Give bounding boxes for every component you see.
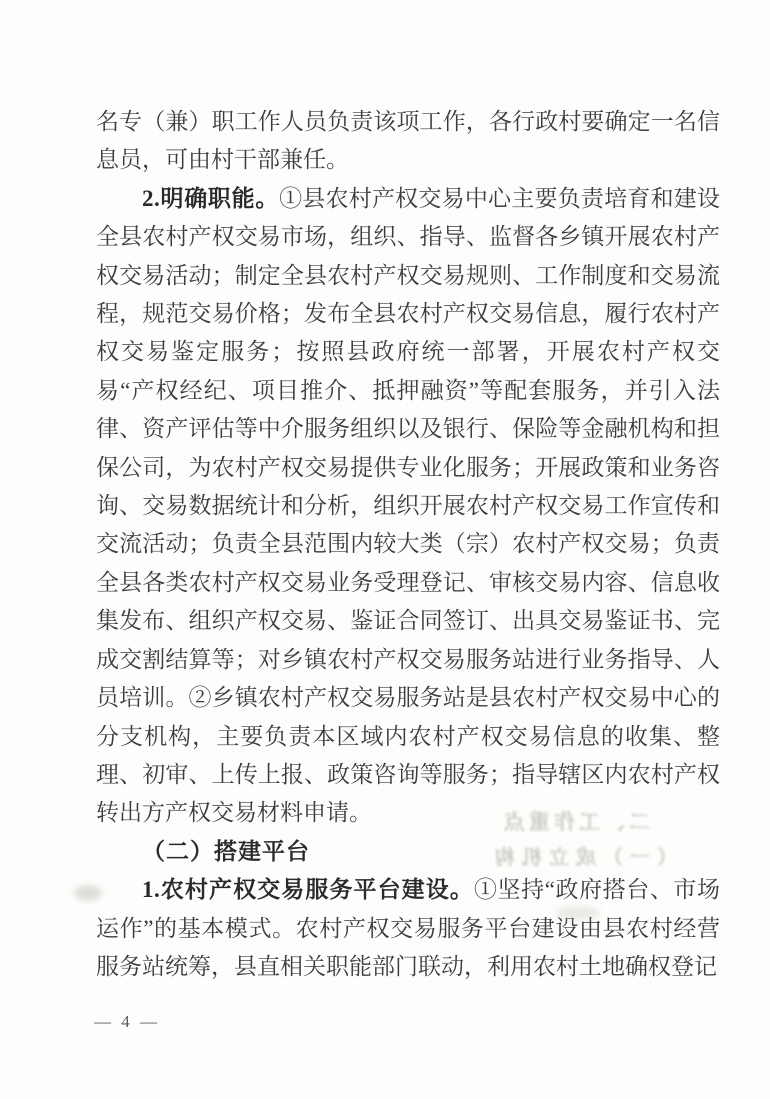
paragraph-duties: 2.明确职能。①县农村产权交易中心主要负责培育和建设全县农村产权交易市场，组织、… bbox=[96, 180, 720, 833]
scan-smudge bbox=[74, 885, 102, 901]
paragraph-platform-construction: 1.农村产权交易服务平台建设。①坚持“政府搭台、市场运作”的基本模式。农村产权交… bbox=[96, 871, 720, 986]
page-number: — 4 — bbox=[94, 1012, 160, 1032]
paragraph-bold-lead: 1.农村产权交易服务平台建设。 bbox=[142, 877, 474, 902]
paragraph-text: 名专（兼）职工作人员负责该项工作，各行政村要确定一名信息员，可由村干部兼任。 bbox=[96, 109, 720, 172]
section-heading-text: （二）搭建平台 bbox=[142, 839, 310, 864]
paragraph-text: ①县农村产权交易中心主要负责培育和建设全县农村产权交易市场，组织、指导、监督各乡… bbox=[96, 186, 720, 826]
paragraph-continuation: 名专（兼）职工作人员负责该项工作，各行政村要确定一名信息员，可由村干部兼任。 bbox=[96, 103, 720, 180]
bleed-through-text: 二、工作重点 bbox=[500, 806, 650, 836]
bleed-through-text: （一）成立机构 bbox=[488, 841, 677, 870]
document-page: 名专（兼）职工作人员负责该项工作，各行政村要确定一名信息员，可由村干部兼任。 2… bbox=[0, 0, 770, 1099]
scan-smudge bbox=[556, 906, 600, 920]
paragraph-bold-lead: 2.明确职能。 bbox=[142, 186, 279, 211]
